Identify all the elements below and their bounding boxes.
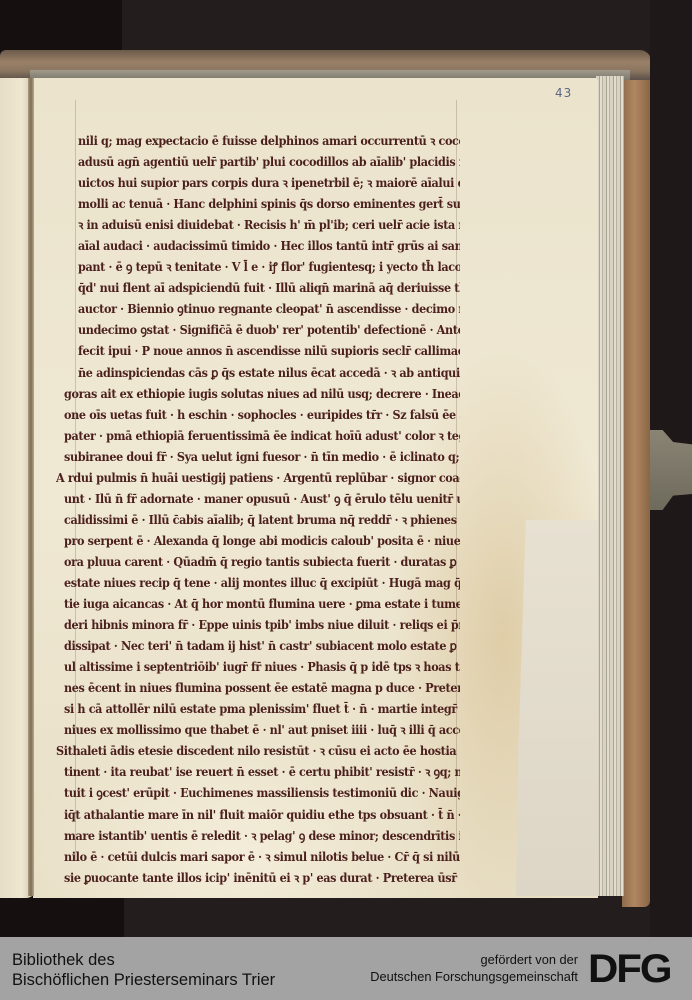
text-line: iq̄t athalantie mare īn nil' fluit maiōr… [64,804,460,826]
text-line: sie ꝑuocante tante illos icip' inēnitū e… [64,867,460,889]
text-line: n̄e adinspiciendas cās ꝑ q̄s estate nilu… [78,362,460,384]
page-stack-edges [596,76,624,896]
gutter [28,78,34,896]
funding-line-1: gefördert von der [370,951,578,968]
text-line: estate niues recip q̄ tene · alij montes… [64,572,460,594]
text-line: ora pluua carent · Qūadm̄ q̄ regio tanti… [64,551,460,573]
funding-line-2: Deutschen Forschungsgemeinschaft [370,968,578,985]
text-line: dissipat · Nec teri' n̄ tadam ij hist' n… [64,636,460,658]
funding-credit: gefördert von der Deutschen Forschungsge… [370,951,578,985]
text-line: tie iuga aicancas · At q̄ hor montū flum… [64,594,460,616]
text-line: adusū agn̄ agentiū uelr̄ partib' plui co… [78,152,460,174]
text-line: goras ait ex ethiopie iugis solutas niue… [64,383,460,405]
text-line: deri hibnis minora fr̄ · Eppe uinis tpib… [64,615,460,637]
text-line: aīal audaci · audacissimū timido · Hec i… [78,236,460,258]
institution-name: Bibliothek des Bischöflichen Priestersem… [12,950,275,990]
footer-banner: Bibliothek des Bischöflichen Priestersem… [0,937,692,1000]
text-line: pater · pmā ethiopiā feruentissimā ēe in… [64,425,460,447]
folio-number: 43 [555,86,572,100]
text-line: uictos hui supior pars corpis dura ꝛ ipe… [78,173,460,195]
binding-right-edge [622,52,650,907]
text-line: one oīs uetas fuit · h eschin · sophocle… [64,404,460,426]
dfg-logo: DFG [588,953,670,986]
text-line: tuit i ꝯcest' erūpit · Euchimenes massil… [64,783,460,805]
text-line: nili q; mag expectacio ē fuisse delphino… [78,130,460,152]
text-line: tinent · ita reubat' ise reuert n̄ esset… [64,762,460,784]
text-line: niues ex mollissimo que thabet ē · nl' a… [64,720,460,742]
text-line: unt · Ilū n̄ fr̄ adornate · maner opusuū… [64,488,460,510]
text-line: fecit ipui · P noue annos n̄ ascendisse … [78,341,460,363]
text-line: mare istantib' uentis ē reledit · ꝛ pela… [64,825,460,847]
folio-cut-corner [516,520,598,896]
text-line-initial: A rdui pulmis n̄ huāi uestigij patiens ·… [56,467,460,489]
text-line: calidissimi ē · Illū c̄abis aīalib; q̄ l… [64,509,460,531]
text-line: pant · ē ꝯ tepū ꝛ tenitate · V l̄ e · iꝭ… [78,257,460,279]
text-line: undecimo ꝯstat · Signific̄ā ē duob' rer'… [78,320,460,342]
text-line: si h cā attollēr nilū estate pma pleniss… [64,699,460,721]
manuscript-text-block: nili q; mag expectacio ē fuisse delphino… [78,131,460,889]
institution-line-1: Bibliothek des [12,950,275,970]
text-line: nes ēcent in niues flumina possent ēe es… [64,678,460,700]
institution-line-2: Bischöflichen Priesterseminars Trier [12,970,275,990]
text-line: auctor · Biennio ꝯtinuo regnante cleopat… [78,299,460,321]
manuscript-scan: 43 nili q; mag expectacio ē fuisse delph… [0,0,692,937]
text-line: nilo ē · cetūi dulcis mari sapor ē · ꝛ s… [64,846,460,868]
text-line: ul altissime i septentriōib' iugr̄ fr̄ n… [64,657,460,679]
text-line: ꝛ in aduisū enisi diuidebat · Recisis h'… [78,215,460,237]
text-line: pro serpent ē · Alexanda q̄ longe abi mo… [64,530,460,552]
text-line: subiranee doui fr̄ · Sya uelut igni fues… [64,446,460,468]
text-line: q̄d' nui flent aī adspiciendū fuit · Ill… [78,278,460,300]
text-line-initial: Sithaleti ādis etesie discedent nilo res… [56,741,460,763]
text-line: molli ac tenuā · Hanc delphini spinis q̄… [78,194,460,216]
